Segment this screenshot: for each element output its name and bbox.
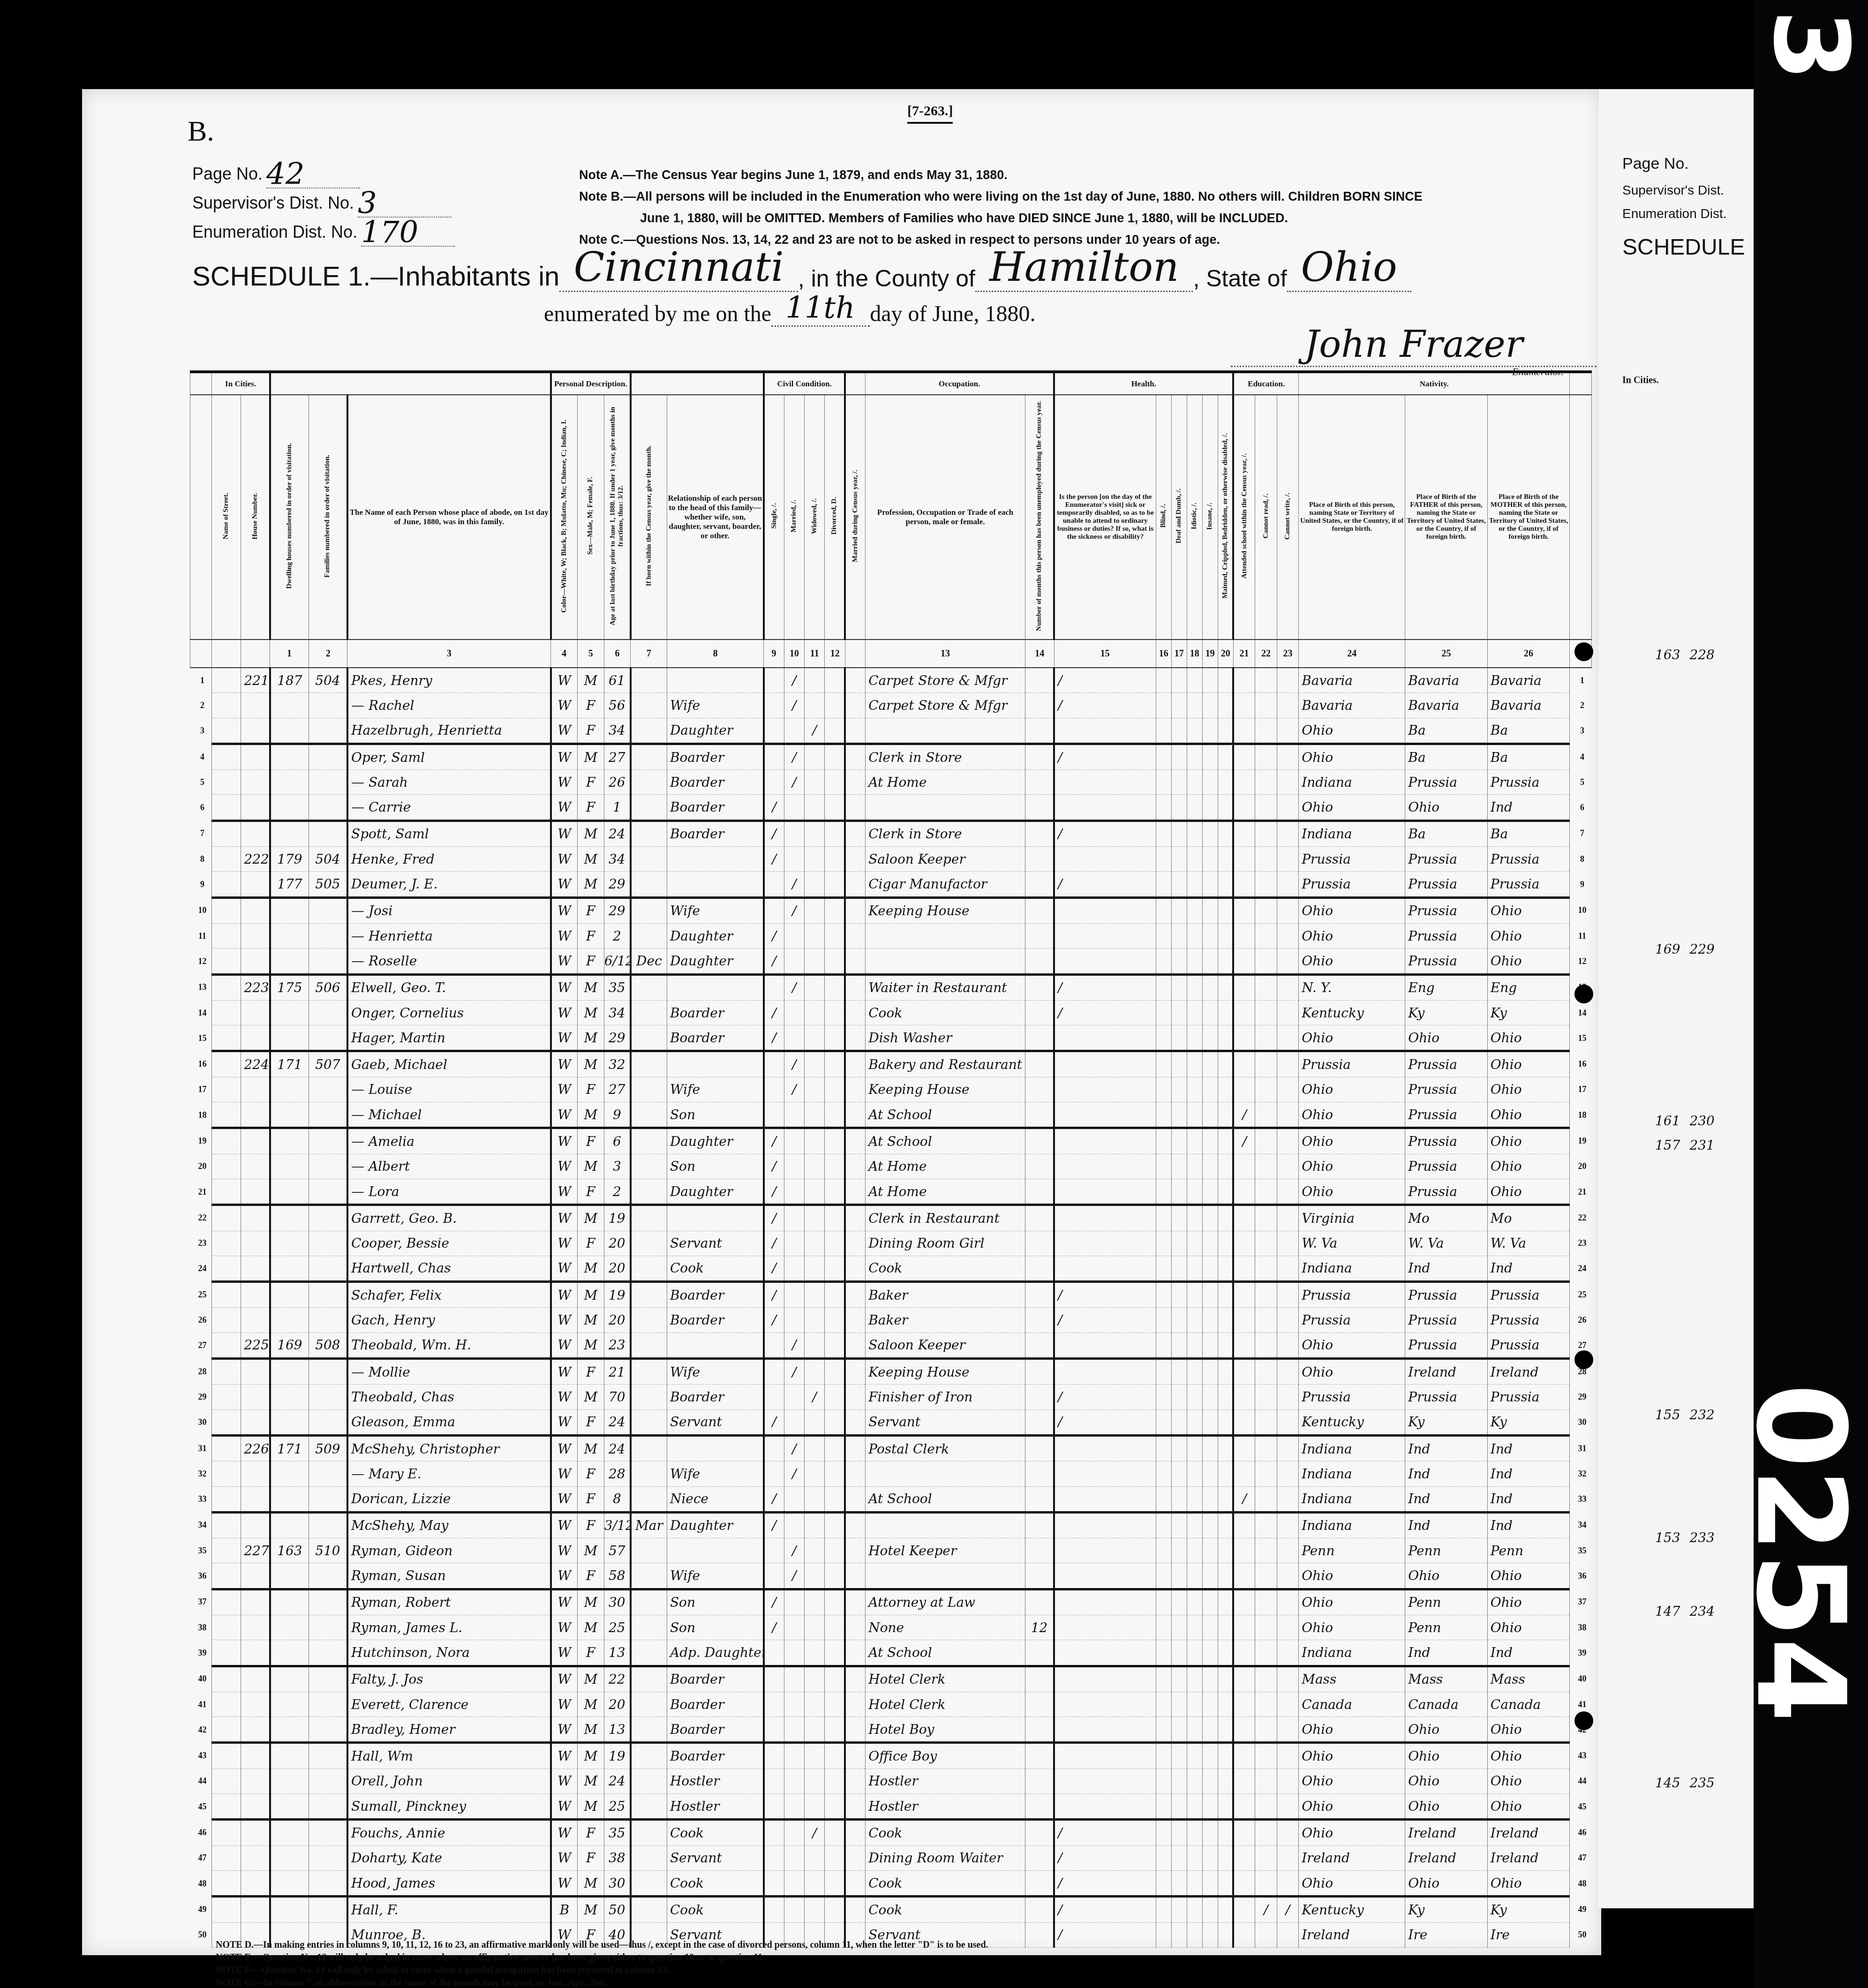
widowed (805, 1359, 825, 1385)
divorced (825, 1870, 845, 1896)
occupation (866, 949, 1025, 974)
single (764, 693, 784, 718)
house-number (241, 1845, 270, 1870)
blind (1156, 1666, 1171, 1692)
born-month (631, 668, 667, 693)
single: / (764, 795, 784, 821)
birthplace: Ohio (1299, 923, 1405, 948)
single: / (764, 1282, 784, 1308)
house-number (241, 1666, 270, 1692)
father-birthplace: Ohio (1405, 1563, 1488, 1589)
person-name: Dorican, Lizzie (347, 1486, 551, 1512)
maimed (1218, 949, 1233, 974)
color: W (551, 1025, 578, 1051)
sex: F (577, 718, 604, 744)
table-row: 42Bradley, HomerWM13BoarderHotel BoyOhio… (190, 1717, 1592, 1743)
idiotic (1187, 668, 1202, 693)
dwelling-number (270, 1077, 309, 1102)
column-number: 15 (1054, 640, 1156, 668)
line-number: 31 (190, 1435, 212, 1461)
cannot-write (1277, 1794, 1298, 1820)
maimed (1218, 847, 1233, 872)
widowed (805, 1077, 825, 1102)
maimed (1218, 744, 1233, 769)
person-name: Cooper, Bessie (347, 1231, 551, 1256)
frame-number-stamp: 3 (1751, 9, 1868, 81)
maimed (1218, 1512, 1233, 1538)
born-month (631, 693, 667, 718)
sickness: / (1054, 1922, 1156, 1947)
relationship: Servant (667, 1409, 763, 1435)
adjacent-schedule-label: SCHEDULE (1622, 234, 1745, 260)
dwelling-number: 163 (270, 1538, 309, 1563)
married (784, 1256, 804, 1281)
mother-birthplace: W. Va (1487, 1231, 1570, 1256)
occupation: Dish Washer (866, 1025, 1025, 1051)
house-number (241, 1385, 270, 1409)
supervisors-dist-value: 3 (358, 190, 452, 218)
header-notes: Note A.—The Census Year begins June 1, 1… (579, 164, 1470, 250)
line-number: 44 (190, 1769, 212, 1793)
dwelling-number (270, 1231, 309, 1256)
street (212, 1512, 241, 1538)
months-unemployed (1025, 1435, 1054, 1461)
divorced (825, 668, 845, 693)
months-unemployed (1025, 1333, 1054, 1358)
cannot-write (1277, 1308, 1298, 1333)
married-in-year (845, 1717, 865, 1743)
sickness: / (1054, 668, 1156, 693)
street (212, 1409, 241, 1435)
cannot-read (1255, 770, 1277, 795)
born-month (631, 1845, 667, 1870)
column-number: 6 (604, 640, 631, 668)
sex: M (577, 744, 604, 769)
cannot-read (1255, 668, 1277, 693)
widowed (805, 744, 825, 769)
line-number: 41 (190, 1692, 212, 1717)
person-name: Ryman, James L. (347, 1615, 551, 1640)
column-number: 14 (1025, 640, 1054, 668)
line-number: 49 (190, 1897, 212, 1922)
line-number-right: 11 (1570, 923, 1592, 948)
married: / (784, 974, 804, 1000)
attended-school (1233, 974, 1255, 1000)
sickness (1054, 1435, 1156, 1461)
sex: F (577, 795, 604, 821)
insane (1202, 770, 1218, 795)
idiotic (1187, 1282, 1202, 1308)
divorced (825, 1179, 845, 1205)
cannot-write (1277, 1692, 1298, 1717)
dwelling-number (270, 1025, 309, 1051)
maimed (1218, 1282, 1233, 1308)
age: 35 (604, 1820, 631, 1845)
color: W (551, 795, 578, 821)
table-row: 14Onger, CorneliusWM34Boarder/Cook/Kentu… (190, 1000, 1592, 1025)
married-in-year (845, 1409, 865, 1435)
family-number (309, 1692, 347, 1717)
line-number-right: 40 (1570, 1666, 1592, 1692)
table-row: 38Ryman, James L.WM25Son/None12OhioPennO… (190, 1615, 1592, 1640)
line-number: 50 (190, 1922, 212, 1947)
occupation (866, 1512, 1025, 1538)
birthplace: N. Y. (1299, 974, 1405, 1000)
dwelling-number (270, 693, 309, 718)
hdr-write: Cannot write, /. (1277, 395, 1298, 640)
occupation: Saloon Keeper (866, 1333, 1025, 1358)
age: 34 (604, 1000, 631, 1025)
father-birthplace: W. Va (1405, 1231, 1488, 1256)
dwelling-number: 177 (270, 872, 309, 897)
married (784, 1154, 804, 1179)
house-number (241, 923, 270, 948)
column-number: 19 (1202, 640, 1218, 668)
occupation: Cigar Manufactor (866, 872, 1025, 897)
sickness (1054, 718, 1156, 744)
family-number (309, 1820, 347, 1845)
father-birthplace: Ind (1405, 1461, 1488, 1486)
hdr-birth: Place of Birth of this person, naming St… (1299, 395, 1405, 640)
person-name: Theobald, Wm. H. (347, 1333, 551, 1358)
family-number (309, 795, 347, 821)
idiotic (1187, 1385, 1202, 1409)
line-number: 15 (190, 1025, 212, 1051)
mother-birthplace: Ohio (1487, 1743, 1570, 1769)
cannot-write (1277, 1154, 1298, 1179)
mother-birthplace: Prussia (1487, 1385, 1570, 1409)
family-number (309, 1512, 347, 1538)
line-number-right: 29 (1570, 1385, 1592, 1409)
house-number (241, 1589, 270, 1615)
column-number: 10 (784, 640, 804, 668)
attended-school (1233, 1538, 1255, 1563)
house-number (241, 1256, 270, 1281)
idiotic (1187, 1794, 1202, 1820)
hdr-family: Families numbered in order of visitation… (309, 395, 347, 640)
line-number-right: 20 (1570, 1154, 1592, 1179)
color: W (551, 1845, 578, 1870)
cannot-read (1255, 1051, 1277, 1077)
adjacent-dwelling: 157 (1655, 1137, 1680, 1153)
idiotic (1187, 1692, 1202, 1717)
street (212, 1820, 241, 1845)
line-number: 28 (190, 1359, 212, 1385)
married-in-year (845, 1820, 865, 1845)
deaf-dumb (1171, 718, 1187, 744)
married-in-year (845, 1435, 865, 1461)
insane (1202, 1820, 1218, 1845)
married-in-year (845, 1256, 865, 1281)
born-month (631, 1051, 667, 1077)
line-number-right: 46 (1570, 1820, 1592, 1845)
idiotic (1187, 1409, 1202, 1435)
cannot-read (1255, 1870, 1277, 1896)
family-number: 510 (309, 1538, 347, 1563)
blind (1156, 1743, 1171, 1769)
sex: M (577, 1666, 604, 1692)
married (784, 1640, 804, 1666)
table-row: 8222179504Henke, FredWM34/Saloon KeeperP… (190, 847, 1592, 872)
widowed (805, 1845, 825, 1870)
divorced (825, 1385, 845, 1409)
widowed (805, 1256, 825, 1281)
insane (1202, 1563, 1218, 1589)
father-birthplace: Ind (1405, 1256, 1488, 1281)
birthplace: Ireland (1299, 1845, 1405, 1870)
born-month (631, 1717, 667, 1743)
mother-birthplace: Prussia (1487, 1333, 1570, 1358)
dwelling-number (270, 1692, 309, 1717)
idiotic (1187, 1563, 1202, 1589)
blind (1156, 1563, 1171, 1589)
maimed (1218, 1897, 1233, 1922)
birthplace: Bavaria (1299, 693, 1405, 718)
dwelling-number (270, 1486, 309, 1512)
married-in-year (845, 1845, 865, 1870)
group-spacer (270, 372, 551, 395)
cannot-write (1277, 1282, 1298, 1308)
months-unemployed (1025, 1870, 1054, 1896)
street (212, 1000, 241, 1025)
maimed (1218, 872, 1233, 897)
dwelling-number (270, 1154, 309, 1179)
cannot-read (1255, 1922, 1277, 1947)
deaf-dumb (1171, 1640, 1187, 1666)
single (764, 1435, 784, 1461)
father-birthplace: Bavaria (1405, 693, 1488, 718)
months-unemployed (1025, 1102, 1054, 1128)
color: W (551, 1486, 578, 1512)
dwelling-number (270, 1769, 309, 1793)
age: 56 (604, 693, 631, 718)
idiotic (1187, 1205, 1202, 1231)
dwelling-number (270, 1000, 309, 1025)
born-month (631, 1743, 667, 1769)
attended-school (1233, 1256, 1255, 1281)
divorced (825, 1640, 845, 1666)
divorced (825, 770, 845, 795)
born-month: Mar (631, 1512, 667, 1538)
line-number: 42 (190, 1717, 212, 1743)
attended-school (1233, 1435, 1255, 1461)
divorced (825, 1128, 845, 1154)
line-number: 17 (190, 1077, 212, 1102)
blind (1156, 1845, 1171, 1870)
blind (1156, 847, 1171, 872)
street (212, 744, 241, 769)
sickness (1054, 795, 1156, 821)
idiotic (1187, 847, 1202, 872)
divorced (825, 1282, 845, 1308)
street (212, 1385, 241, 1409)
months-unemployed (1025, 1717, 1054, 1743)
person-name: Hood, James (347, 1870, 551, 1896)
married (784, 1615, 804, 1640)
family-number (309, 1769, 347, 1793)
table-row: 31226171509McShehy, ChristopherWM24/Post… (190, 1435, 1592, 1461)
deaf-dumb (1171, 1128, 1187, 1154)
deaf-dumb (1171, 1666, 1187, 1692)
family-number (309, 1102, 347, 1128)
cannot-read (1255, 1077, 1277, 1102)
married-in-year (845, 1231, 865, 1256)
adjacent-entry: 157231 (1655, 1137, 1715, 1153)
widowed (805, 1025, 825, 1051)
occupation: Cook (866, 1870, 1025, 1896)
color: W (551, 1640, 578, 1666)
binder-hole (1574, 985, 1593, 1003)
age: 50 (604, 1897, 631, 1922)
idiotic (1187, 974, 1202, 1000)
line-number: 19 (190, 1128, 212, 1154)
deaf-dumb (1171, 1077, 1187, 1102)
married (784, 795, 804, 821)
adjacent-entry: 169229 (1655, 941, 1715, 957)
father-birthplace: Ohio (1405, 1717, 1488, 1743)
family-number: 508 (309, 1333, 347, 1358)
table-row: 49Hall, F.BM50CookCook///KentuckyKyKy49 (190, 1897, 1592, 1922)
attended-school (1233, 1717, 1255, 1743)
months-unemployed (1025, 1845, 1054, 1870)
deaf-dumb (1171, 693, 1187, 718)
single (764, 974, 784, 1000)
birthplace: Prussia (1299, 872, 1405, 897)
house-number (241, 1282, 270, 1308)
binder-hole (1574, 1350, 1593, 1369)
married-in-year (845, 897, 865, 923)
mother-birthplace: Ind (1487, 1486, 1570, 1512)
married-in-year (845, 1359, 865, 1385)
line-number: 33 (190, 1486, 212, 1512)
months-unemployed: 12 (1025, 1615, 1054, 1640)
single (764, 1870, 784, 1896)
line-number: 34 (190, 1512, 212, 1538)
sex: M (577, 1435, 604, 1461)
deaf-dumb (1171, 1794, 1187, 1820)
cannot-read (1255, 795, 1277, 821)
born-month (631, 1589, 667, 1615)
widowed (805, 1512, 825, 1538)
age: 23 (604, 1333, 631, 1358)
birthplace: Ohio (1299, 1154, 1405, 1179)
line-number-right: 16 (1570, 1051, 1592, 1077)
line-number-right: 44 (1570, 1769, 1592, 1793)
cannot-read (1255, 1717, 1277, 1743)
table-row: 34McShehy, MayWF3/12MarDaughter/IndianaI… (190, 1512, 1592, 1538)
months-unemployed (1025, 1025, 1054, 1051)
cannot-read (1255, 949, 1277, 974)
father-birthplace: Prussia (1405, 1128, 1488, 1154)
cannot-write (1277, 1179, 1298, 1205)
cannot-read (1255, 872, 1277, 897)
married-in-year (845, 795, 865, 821)
note-b: Note B.—All persons will be included in … (579, 186, 1470, 207)
blind (1156, 1640, 1171, 1666)
sickness: / (1054, 1897, 1156, 1922)
maimed (1218, 1179, 1233, 1205)
house-number (241, 693, 270, 718)
widowed (805, 668, 825, 693)
mother-birthplace: Ind (1487, 1435, 1570, 1461)
married-in-year (845, 1538, 865, 1563)
months-unemployed (1025, 872, 1054, 897)
insane (1202, 1461, 1218, 1486)
line-number: 45 (190, 1794, 212, 1820)
sickness (1054, 1512, 1156, 1538)
family-number (309, 1870, 347, 1896)
blind (1156, 1538, 1171, 1563)
occupation: Baker (866, 1282, 1025, 1308)
sickness (1054, 1102, 1156, 1128)
hdr-father: Place of Birth of the FATHER of this per… (1405, 395, 1488, 640)
sex: M (577, 1589, 604, 1615)
divorced (825, 897, 845, 923)
sickness: / (1054, 1282, 1156, 1308)
insane (1202, 897, 1218, 923)
sex: M (577, 1102, 604, 1128)
line-number: 22 (190, 1205, 212, 1231)
occupation: Hostler (866, 1769, 1025, 1793)
street (212, 1897, 241, 1922)
cannot-write (1277, 693, 1298, 718)
family-number (309, 1077, 347, 1102)
deaf-dumb (1171, 1870, 1187, 1896)
street (212, 1102, 241, 1128)
idiotic (1187, 1615, 1202, 1640)
sex: F (577, 1461, 604, 1486)
person-name: — Josi (347, 897, 551, 923)
color: W (551, 744, 578, 769)
person-name: Hall, F. (347, 1897, 551, 1922)
sex: M (577, 1385, 604, 1409)
born-month (631, 1256, 667, 1281)
house-number (241, 1205, 270, 1231)
months-unemployed (1025, 821, 1054, 846)
age: 2 (604, 1179, 631, 1205)
table-row: 40Falty, J. JosWM22BoarderHotel ClerkMas… (190, 1666, 1592, 1692)
insane (1202, 1333, 1218, 1358)
family-number (309, 1179, 347, 1205)
person-name: — Roselle (347, 949, 551, 974)
column-number: 4 (551, 640, 578, 668)
widowed (805, 1538, 825, 1563)
person-name: Gach, Henry (347, 1308, 551, 1333)
married-in-year (845, 668, 865, 693)
married (784, 1179, 804, 1205)
street (212, 1435, 241, 1461)
table-row: 11— HenriettaWF2Daughter/OhioPrussiaOhio… (190, 923, 1592, 948)
widowed (805, 1205, 825, 1231)
cannot-read (1255, 1025, 1277, 1051)
sex: F (577, 1820, 604, 1845)
hdr-house: House Number. (241, 395, 270, 640)
maimed (1218, 795, 1233, 821)
insane (1202, 1205, 1218, 1231)
attended-school (1233, 1231, 1255, 1256)
occupation: Office Boy (866, 1743, 1025, 1769)
widowed (805, 1461, 825, 1486)
relationship: Boarder (667, 1666, 763, 1692)
blind (1156, 1717, 1171, 1743)
age: 13 (604, 1640, 631, 1666)
widowed (805, 1409, 825, 1435)
relationship (667, 974, 763, 1000)
color: W (551, 1000, 578, 1025)
sex: M (577, 1025, 604, 1051)
street (212, 1359, 241, 1385)
divorced (825, 1615, 845, 1640)
